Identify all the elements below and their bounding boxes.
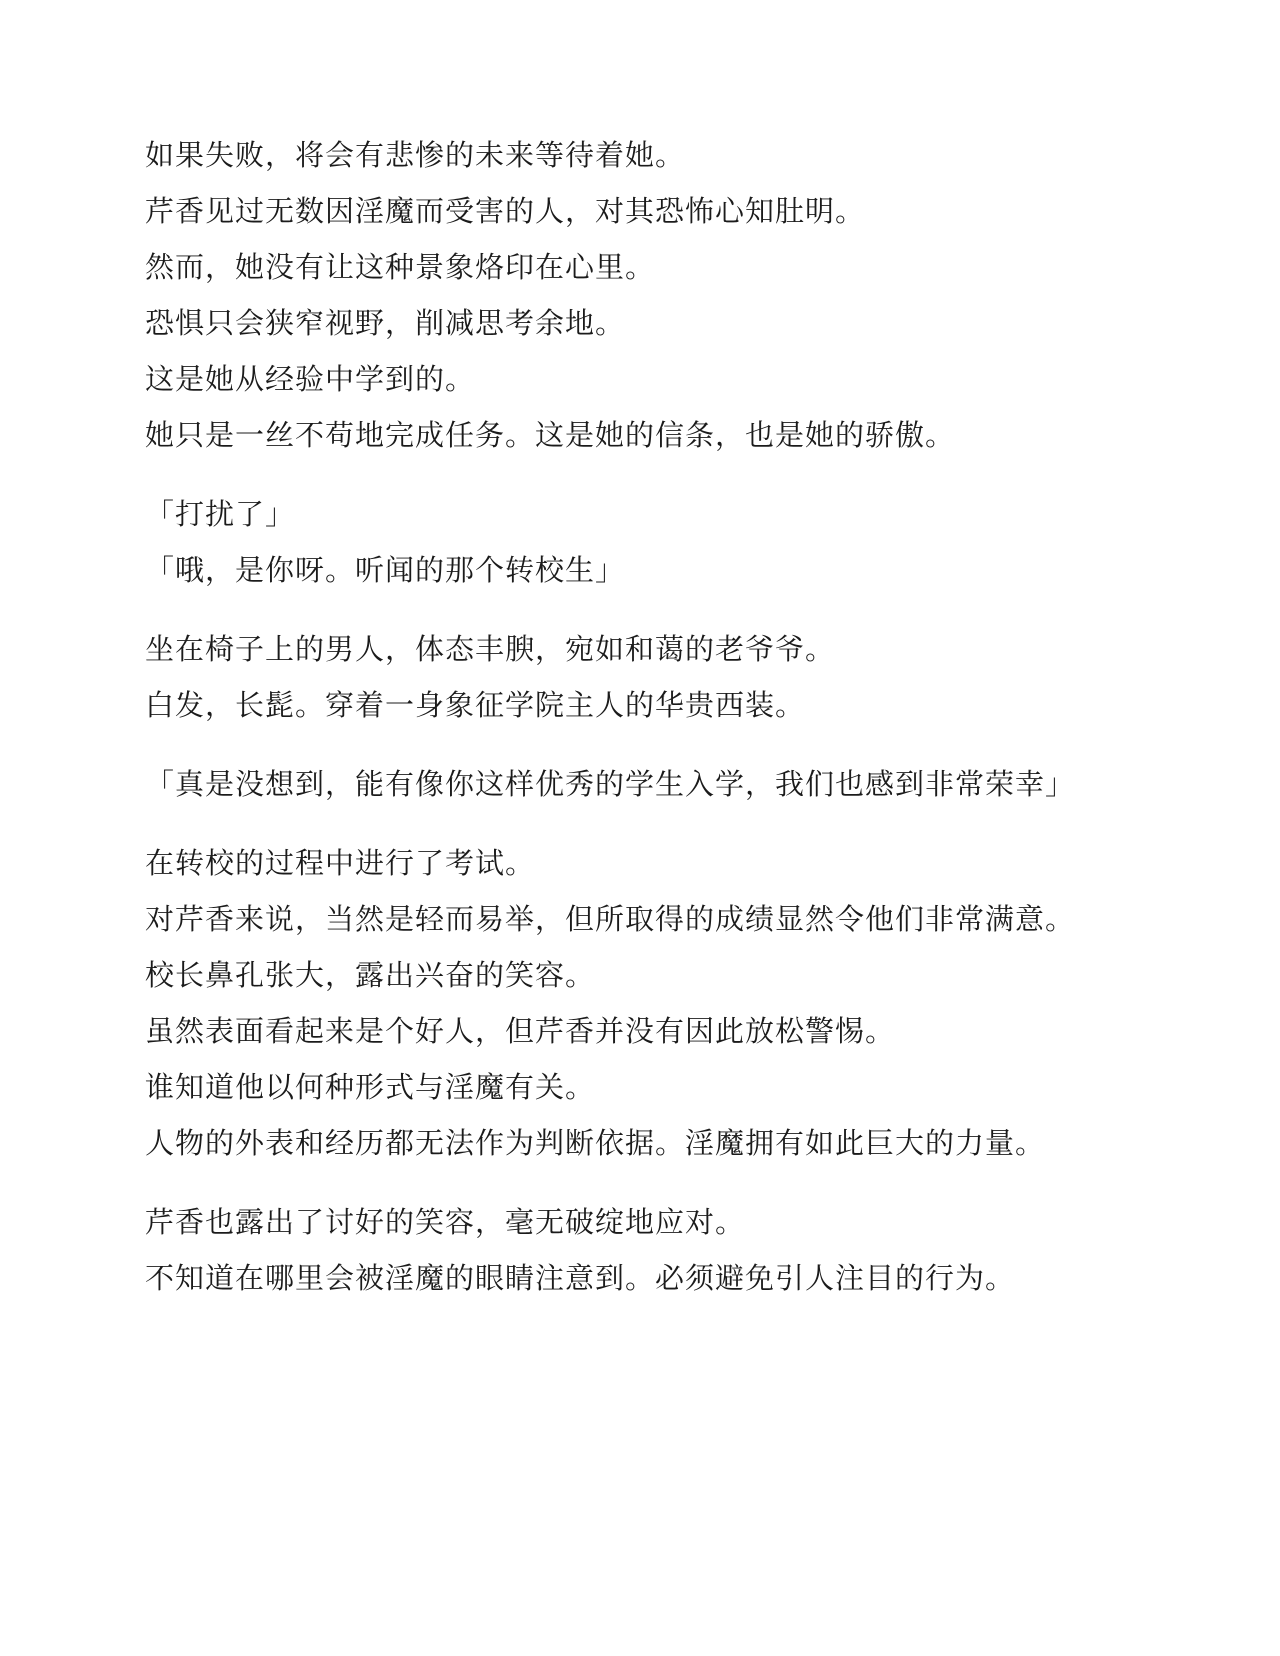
text-line: 虽然表面看起来是个好人，但芹香并没有因此放松警惕。 [145, 1018, 1220, 1047]
text-line: 恐惧只会狭窄视野，削减思考余地。 [145, 310, 1220, 339]
text-line: 谁知道他以何种形式与淫魔有关。 [145, 1074, 1220, 1103]
text-line: 她只是一丝不苟地完成任务。这是她的信条，也是她的骄傲。 [145, 422, 1220, 451]
text-line: 芹香也露出了讨好的笑容，毫无破绽地应对。 [145, 1209, 1220, 1238]
text-line: 如果失败，将会有悲惨的未来等待着她。 [145, 142, 1220, 171]
document-page: 如果失败，将会有悲惨的未来等待着她。芹香见过无数因淫魔而受害的人，对其恐怖心知肚… [0, 0, 1280, 1656]
text-line: 不知道在哪里会被淫魔的眼睛注意到。必须避免引人注目的行为。 [145, 1265, 1220, 1294]
text-line: 在转校的过程中进行了考试。 [145, 850, 1220, 879]
text-line: 白发，长髭。穿着一身象征学院主人的华贵西装。 [145, 692, 1220, 721]
text-line: 「打扰了」 [145, 501, 1220, 530]
text-line: 「哦，是你呀。听闻的那个转校生」 [145, 557, 1220, 586]
text-line: 这是她从经验中学到的。 [145, 366, 1220, 395]
text-line: 然而，她没有让这种景象烙印在心里。 [145, 254, 1220, 283]
text-line: 对芹香来说，当然是轻而易举，但所取得的成绩显然令他们非常满意。 [145, 906, 1220, 935]
text-line: 校长鼻孔张大，露出兴奋的笑容。 [145, 962, 1220, 991]
text-line: 人物的外表和经历都无法作为判断依据。淫魔拥有如此巨大的力量。 [145, 1130, 1220, 1159]
text-line: 芹香见过无数因淫魔而受害的人，对其恐怖心知肚明。 [145, 198, 1220, 227]
text-line: 「真是没想到，能有像你这样优秀的学生入学，我们也感到非常荣幸」 [145, 771, 1220, 800]
text-line: 坐在椅子上的男人，体态丰腴，宛如和蔼的老爷爷。 [145, 636, 1220, 665]
page-content: 如果失败，将会有悲惨的未来等待着她。芹香见过无数因淫魔而受害的人，对其恐怖心知肚… [0, 0, 1280, 1294]
